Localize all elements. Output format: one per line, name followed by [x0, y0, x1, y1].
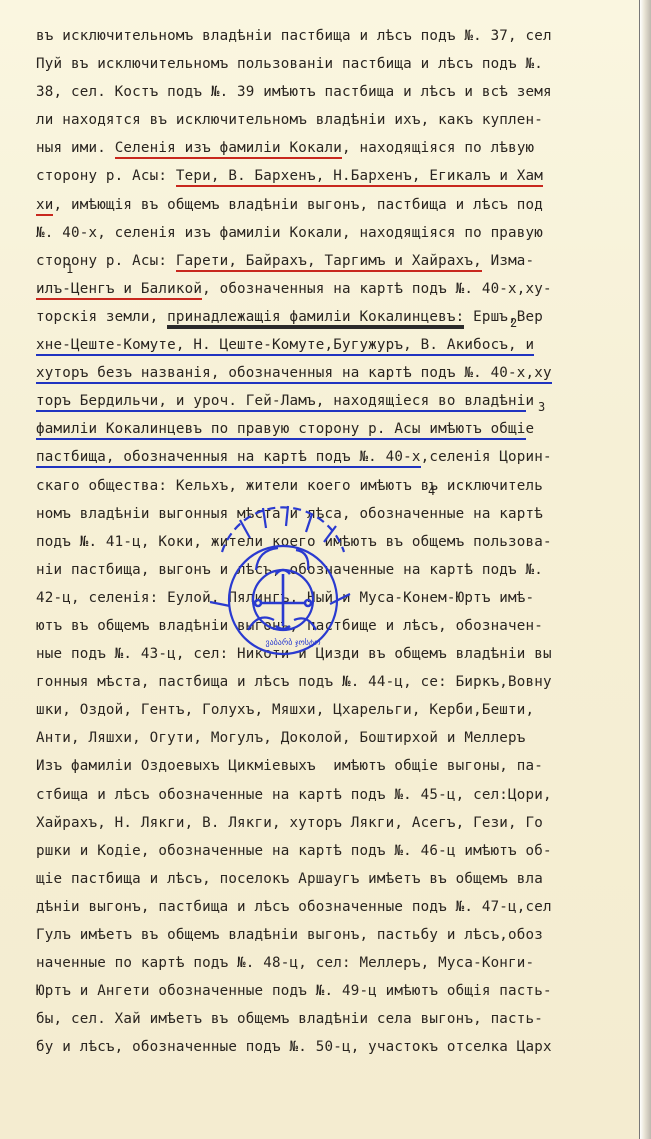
underlined-phrase: Селенiя изъ фамилiи Кокали: [115, 140, 342, 159]
text-line: нiи пастбища, выгонъ и лѣсъ, обозначенны…: [36, 556, 606, 584]
page-edge: [639, 0, 651, 1139]
underlined-phrase: хуторъ безъ названiя, обозначенныя на ка…: [36, 365, 552, 384]
underlined-phrase: принадлежащiя фамилiи Кокалинцевъ:: [167, 309, 464, 329]
annotation-2: 2: [510, 316, 517, 330]
underlined-phrase: Тери, В. Бархенъ, Н.Бархенъ, Егикалъ и Х…: [176, 168, 543, 187]
text-line: Гулъ имѣетъ въ общемъ владѣнiи выгонъ, п…: [36, 921, 606, 949]
text-line: фамилiи Кокалинцевъ по правую сторону р.…: [36, 415, 606, 443]
underlined-phrase: Гарети, Байрахъ, Таргимъ и Хайрахъ,: [176, 253, 482, 272]
text-line: ршки и Кодiе, обозначенные на картѣ подъ…: [36, 837, 606, 865]
text-line: илъ-Ценгъ и Баликой, обозначенныя на кар…: [36, 275, 606, 303]
underlined-phrase: торъ Бердильчи, и уроч. Гей-Ламъ, находя…: [36, 393, 526, 412]
annotation-3: 3: [538, 400, 545, 414]
text-line: торскiя земли, принадлежащiя фамилiи Кок…: [36, 303, 606, 331]
text-line: ли находятся въ исключительномъ владѣнiи…: [36, 106, 606, 134]
underlined-phrase: фамилiи Кокалинцевъ по правую сторону р.…: [36, 421, 526, 440]
text-line: 42-ц, селенiя: Еулой, Пялингъ, Ный и Мус…: [36, 584, 606, 612]
text-line: бы, сел. Хай имѣетъ въ общемъ владѣнiи с…: [36, 1005, 606, 1033]
text-line: хи, имѣющiя въ общемъ владѣнiи выгонъ, п…: [36, 191, 606, 219]
underlined-phrase: пастбища, обозначенныя на картѣ подъ №. …: [36, 449, 421, 468]
text-line: гонныя мѣста, пастбища и лѣсъ подъ №. 44…: [36, 668, 606, 696]
text-line: сторону р. Асы: Тери, В. Бархенъ, Н.Барх…: [36, 162, 606, 190]
text-line: сторону р. Асы: Гарети, Байрахъ, Таргимъ…: [36, 247, 606, 275]
text-line: бу и лѣсъ, обозначенные подъ №. 50-ц, уч…: [36, 1033, 606, 1061]
underlined-phrase: хне-Цеште-Комуте, Н. Цеште-Комуте,Бугужу…: [36, 337, 534, 356]
text-line: торъ Бердильчи, и уроч. Гей-Ламъ, находя…: [36, 387, 606, 415]
text-line: наченные по картѣ подъ №. 48-ц, сел: Мел…: [36, 949, 606, 977]
text-line: номъ владѣнiи выгонныя мѣста и лѣса, обо…: [36, 500, 606, 528]
text-line: Хайрахъ, Н. Лякги, В. Лякги, хуторъ Лякг…: [36, 809, 606, 837]
text-line: ныя ими. Селенiя изъ фамилiи Кокали, нах…: [36, 134, 606, 162]
text-line: Пуй въ исключительномъ пользованiи пастб…: [36, 50, 606, 78]
text-line: Анти, Ляшхи, Огути, Могулъ, Доколой, Бош…: [36, 724, 606, 752]
text-line: 38, сел. Костъ подъ №. 39 имѣютъ пастбищ…: [36, 78, 606, 106]
text-line: пастбища, обозначенныя на картѣ подъ №. …: [36, 443, 606, 471]
text-line: хуторъ безъ названiя, обозначенныя на ка…: [36, 359, 606, 387]
annotation-4: 4: [428, 484, 435, 498]
text-line: въ исключительномъ владѣнiи пастбища и л…: [36, 22, 606, 50]
underlined-phrase: хи: [36, 197, 53, 216]
text-line: дѣнiи выгонъ, пастбища и лѣсъ обозначенн…: [36, 893, 606, 921]
text-line: подъ №. 41-ц, Коки, жители коего имѣютъ …: [36, 528, 606, 556]
text-line: Юртъ и Ангети обозначенные подъ №. 49-ц …: [36, 977, 606, 1005]
text-line: щiе пастбища и лѣсъ, поселокъ Аршаугъ им…: [36, 865, 606, 893]
text-line: ные подъ №. 43-ц, сел: Никоти и Цизди въ…: [36, 640, 606, 668]
annotation-1: 1: [66, 262, 73, 276]
text-line: ютъ въ общемъ владѣнiи выгонъ, пастбище …: [36, 612, 606, 640]
text-line: стбища и лѣсъ обозначенные на картѣ подъ…: [36, 781, 606, 809]
document-text: въ исключительномъ владѣнiи пастбища и л…: [36, 22, 606, 1061]
text-line: скаго общества: Кельхъ, жители коего имѣ…: [36, 472, 606, 500]
text-line: шки, Оздой, Гентъ, Голухъ, Мяшхи, Цхарел…: [36, 696, 606, 724]
text-line: №. 40-х, селенiя изъ фамилiи Кокали, нах…: [36, 219, 606, 247]
underlined-phrase: илъ-Ценгъ и Баликой: [36, 281, 202, 300]
text-line: хне-Цеште-Комуте, Н. Цеште-Комуте,Бугужу…: [36, 331, 606, 359]
text-line: Изъ фамилiи Оздоевыхъ Цикмiевыхъ имѣютъ …: [36, 752, 606, 780]
